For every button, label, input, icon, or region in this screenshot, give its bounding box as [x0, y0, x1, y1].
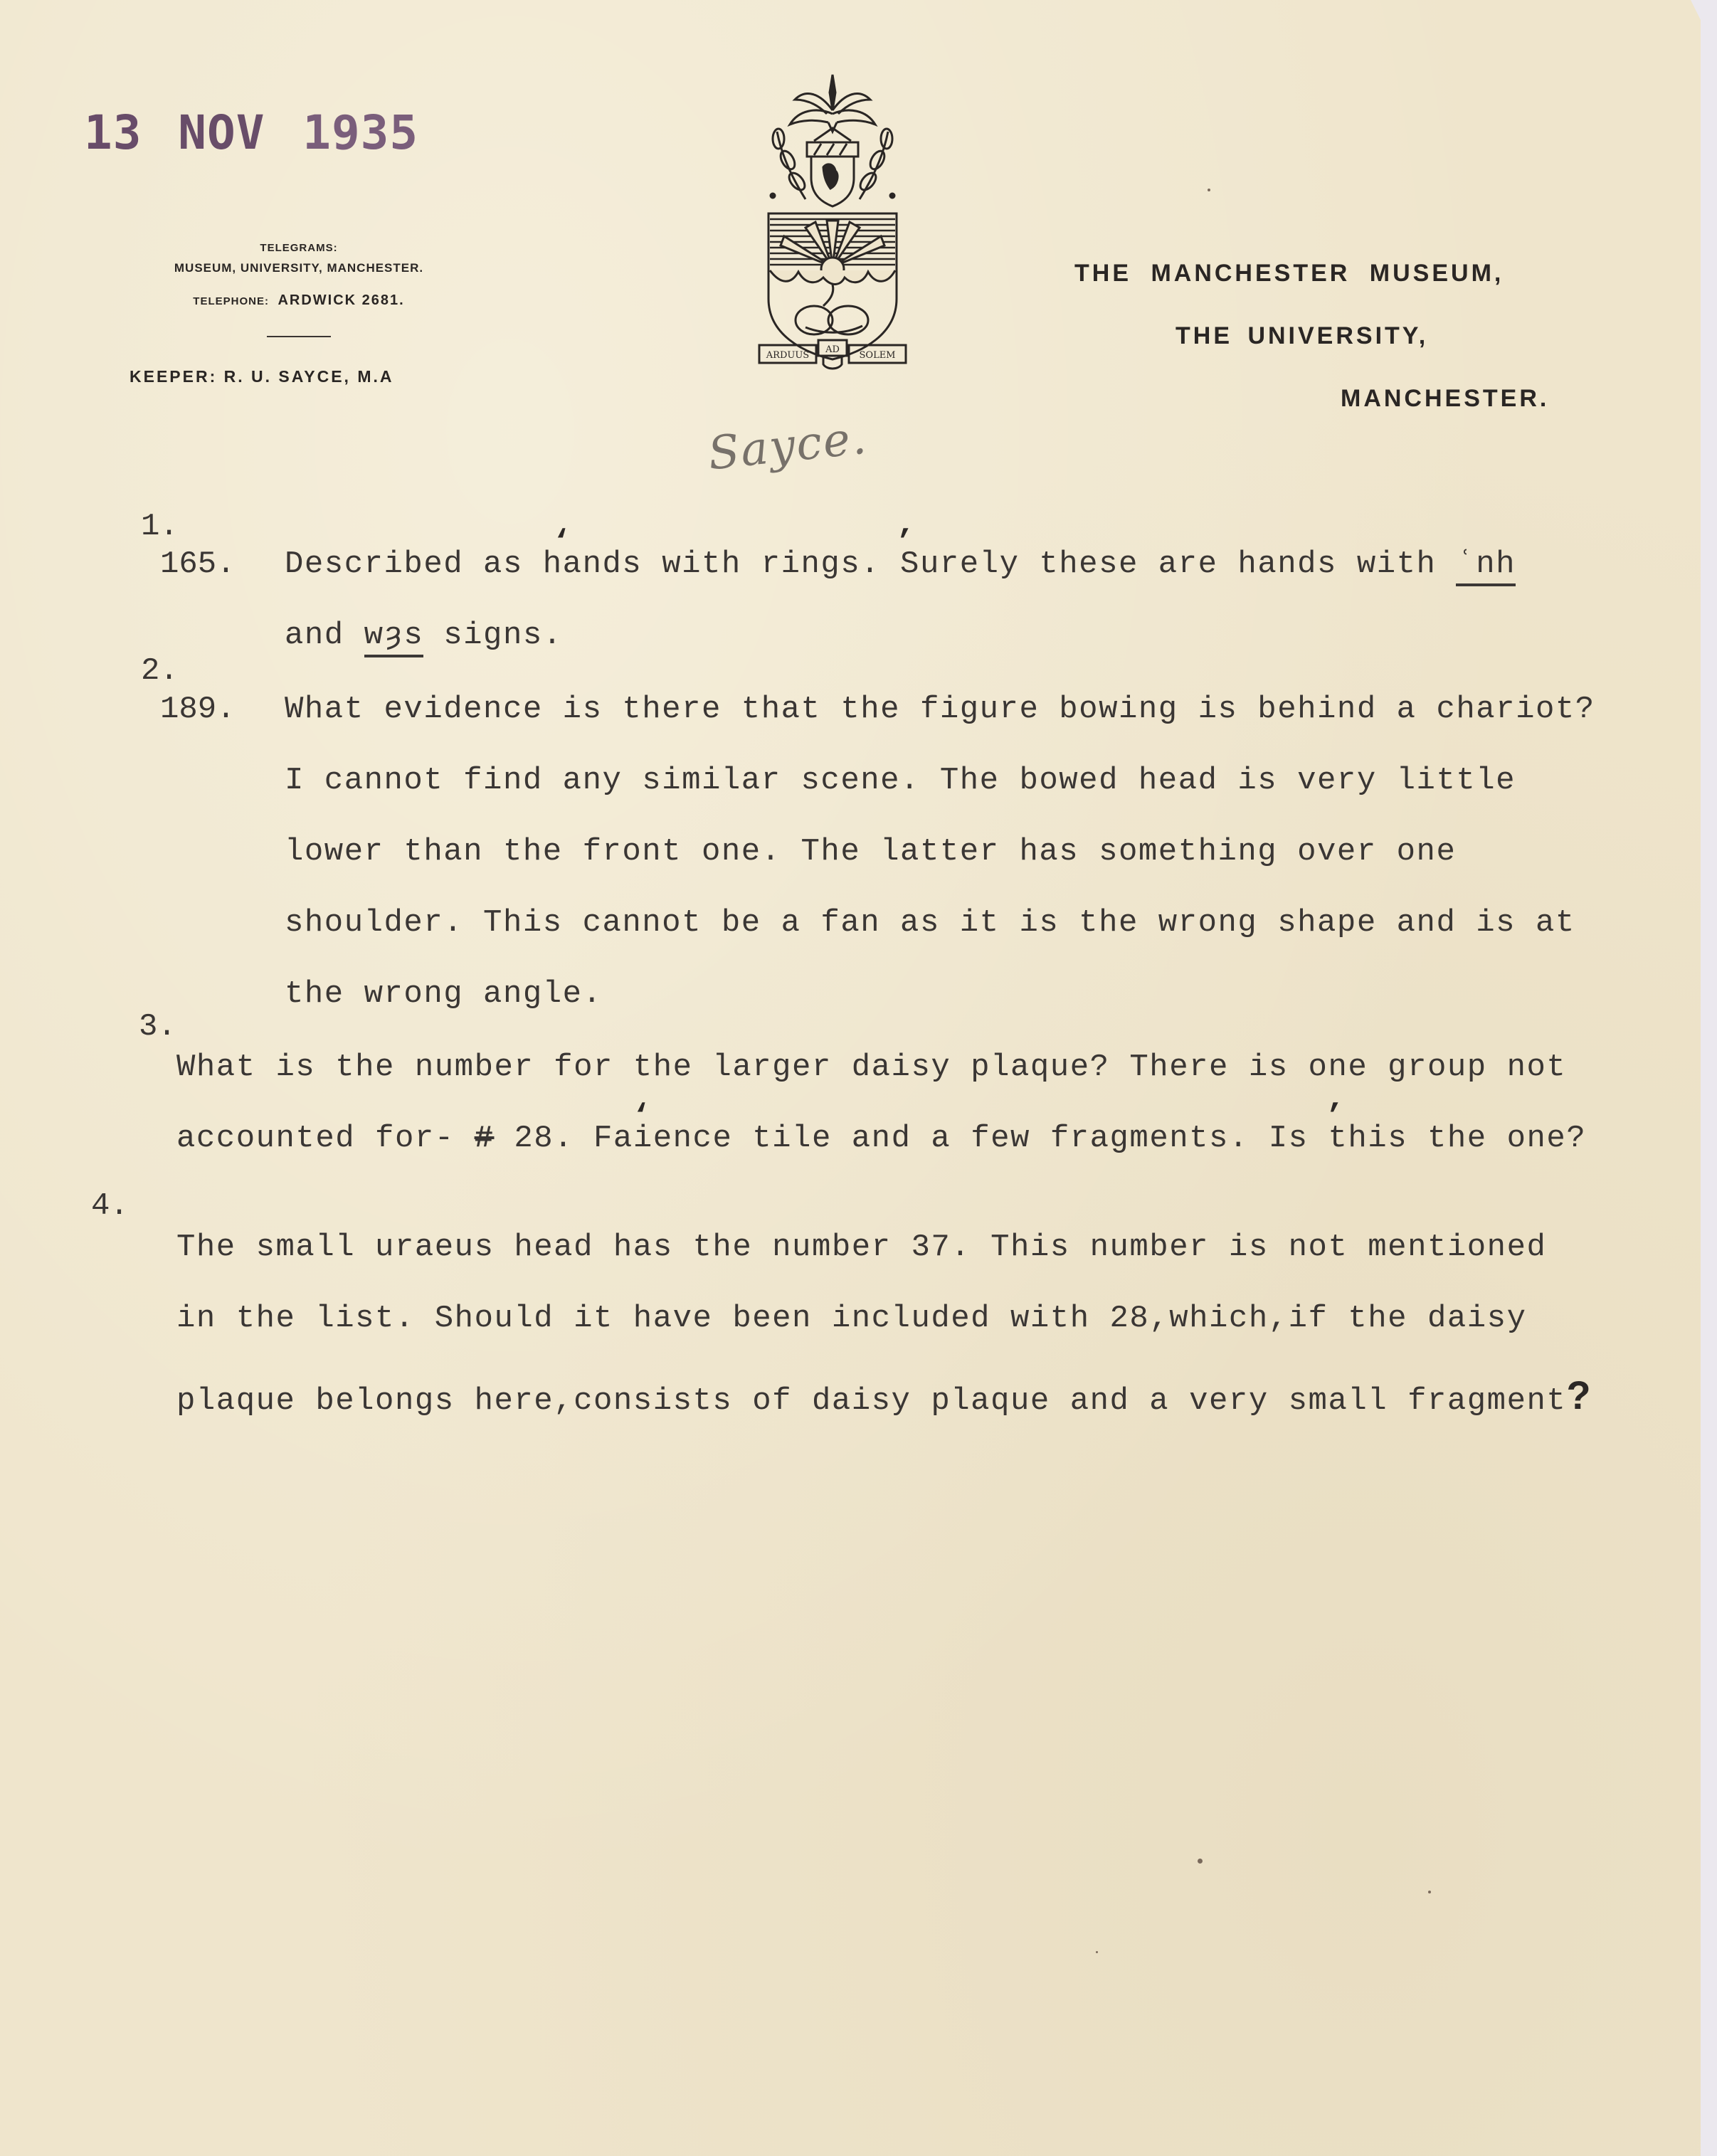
stamp-day: 13 — [84, 105, 142, 160]
ankh-transliteration: ʿnh — [1456, 546, 1516, 586]
item-2-line-2: I cannot find any similar scene. The bow… — [285, 763, 1516, 798]
telephone-line: TELEPHONE: ARDWICK 2681. — [121, 292, 477, 309]
paper-corner-fold — [1691, 0, 1701, 20]
received-date-stamp: 13 NOV 1935 — [84, 105, 418, 160]
letterhead-contact-block: TELEGRAMS: MUSEUM, UNIVERSITY, MANCHESTE… — [121, 242, 477, 386]
was-transliteration: wȝs — [364, 618, 424, 657]
item-2-line-4: shoulder. This cannot be a fan as it is … — [285, 905, 1575, 941]
item-2-line-3: lower than the front one. The latter has… — [285, 834, 1456, 870]
quoted-description: hands with rings. — [543, 546, 880, 582]
letter-page: 13 NOV 1935 TELEGRAMS: MUSEUM, UNIVERSIT… — [0, 0, 1701, 2156]
item-3-line-1: What is the number for the larger daisy … — [176, 1050, 1566, 1085]
institution-university: THE UNIVERSITY, — [1176, 322, 1428, 350]
institution-city: MANCHESTER. — [1341, 385, 1549, 413]
svg-text:SOLEM: SOLEM — [860, 350, 896, 361]
close-quote-mark: ’ — [895, 525, 914, 561]
item-3-line-2: accounted for- # 28. Faience tile and a … — [176, 1121, 1586, 1156]
stamp-month: NOV — [178, 105, 265, 160]
item-2-line-1: What evidence is there that the figure b… — [285, 692, 1595, 727]
svg-text:AD: AD — [825, 344, 840, 355]
item-2-line-5: the wrong angle. — [285, 976, 602, 1012]
item-4-line-3: plaque belongs here,consists of daisy pl… — [176, 1372, 1592, 1419]
paper-speck — [1208, 189, 1210, 191]
open-quote-mark: ‘ — [632, 1099, 650, 1135]
close-quote-mark: ’ — [1325, 1099, 1343, 1135]
paper-speck — [1428, 1891, 1431, 1893]
quoted-description: Faience tile and a few fragments. — [593, 1121, 1249, 1156]
stamp-year: 1935 — [302, 105, 418, 160]
open-quote-mark: ‘ — [552, 525, 571, 561]
paper-speck — [1096, 1951, 1098, 1953]
item-1-line-2: and wȝs signs. — [285, 618, 563, 653]
letterhead-divider — [267, 336, 331, 337]
telegrams-address: MUSEUM, UNIVERSITY, MANCHESTER. — [121, 261, 477, 275]
item-number-3: 3. — [139, 1009, 176, 1045]
telephone-label: TELEPHONE: — [193, 295, 269, 307]
item-number-1: 1. — [141, 509, 179, 544]
svg-text:ARDUUS: ARDUUS — [766, 350, 809, 361]
telephone-number: ARDWICK 2681. — [278, 292, 404, 308]
struck-out-character: # — [475, 1121, 495, 1156]
handwritten-annotation: Sayce. — [706, 411, 870, 480]
institution-name: THE MANCHESTER MUSEUM, — [1074, 260, 1504, 287]
item-ref-165: 165. — [160, 546, 236, 582]
keeper-name: KEEPER: R. U. SAYCE, M.A — [130, 367, 477, 386]
handwritten-question-mark: ? — [1566, 1373, 1592, 1417]
item-ref-189: 189. — [160, 692, 236, 727]
telegrams-label: TELEGRAMS: — [121, 242, 477, 254]
item-number-2: 2. — [141, 653, 179, 689]
item-4-line-1: The small uraeus head has the number 37.… — [176, 1230, 1546, 1265]
university-crest-icon: ARDUUS AD SOLEM — [756, 71, 909, 370]
item-4-line-2: in the list. Should it have been include… — [176, 1301, 1527, 1336]
item-number-4: 4. — [91, 1188, 129, 1224]
paper-speck — [1198, 1859, 1203, 1864]
